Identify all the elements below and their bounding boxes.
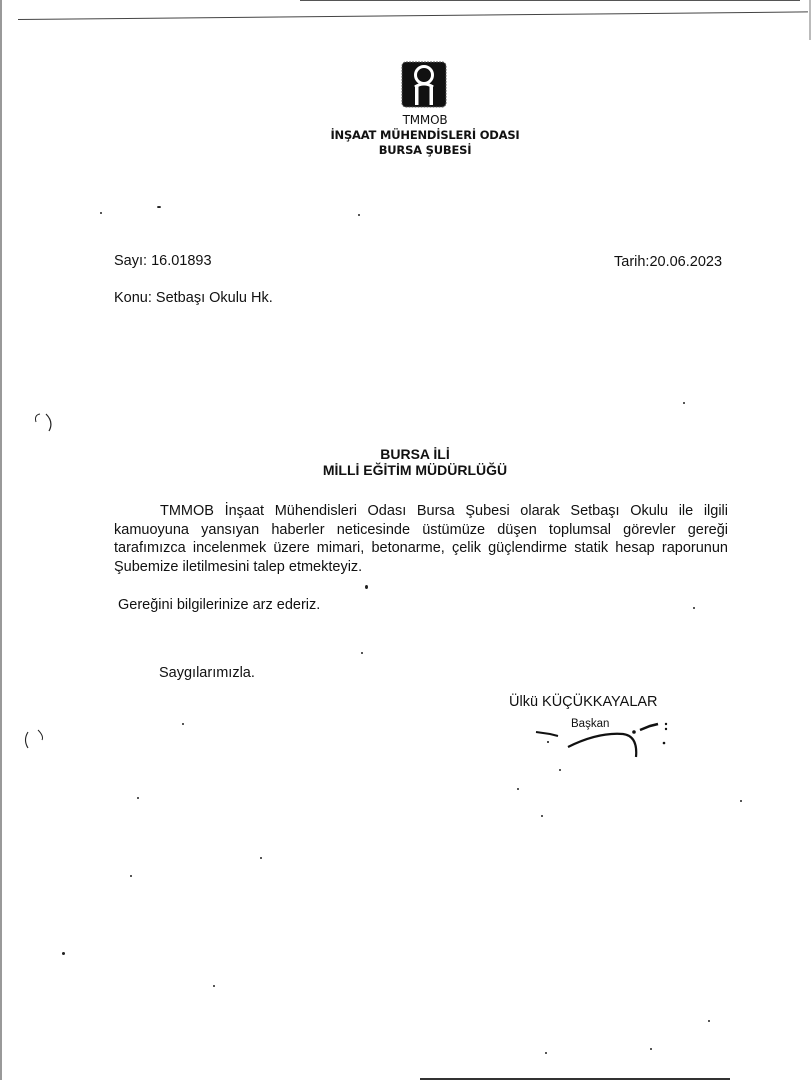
scan-speck [365,585,368,589]
letter-page: TMMOB İNŞAAT MÜHENDİSLERİ ODASI BURSA ŞU… [0,0,811,1080]
scan-border-line [18,11,808,20]
punch-hole-mark [30,412,54,434]
reference-number: Sayı: 16.01893 [114,253,212,269]
scan-speck [130,875,132,877]
scan-speck [683,402,685,404]
scan-speck [650,1048,652,1050]
letter-subject: Konu: Setbaşı Okulu Hk. [114,290,273,306]
scan-speck [541,815,543,817]
recipient-line-1: BURSA İLİ [250,446,580,462]
signer-name: Ülkü KÜÇÜKKAYALAR [509,694,658,710]
scan-speck [693,607,695,609]
regards: Saygılarımızla. [159,665,255,681]
scan-speck [708,1020,710,1022]
scan-speck [517,788,519,790]
scan-speck [157,206,161,208]
scan-speck [740,800,742,802]
body-paragraph: TMMOB İnşaat Mühendisleri Odası Bursa Şu… [114,502,728,577]
scan-speck [545,1052,547,1054]
org-name-chamber: İNŞAAT MÜHENDİSLERİ ODASI [300,128,550,143]
closing-sentence: Gereğini bilgilerinize arz ederiz. [118,597,320,613]
scan-speck [137,797,139,799]
scan-speck [361,652,363,654]
scan-border-line [300,0,800,1]
org-name-branch: BURSA ŞUBESİ [300,143,550,158]
punch-hole-mark [22,728,46,750]
recipient-line-2: MİLLİ EĞİTİM MÜDÜRLÜĞÜ [250,462,580,478]
scan-speck [559,769,561,771]
scan-speck [358,214,360,216]
scan-speck [260,857,262,859]
scan-speck [182,723,184,725]
scan-speck [213,985,215,987]
scan-edge [0,0,2,1080]
handwritten-signature-icon [528,712,678,764]
org-name-tmmob: TMMOB [300,113,550,128]
scan-speck [62,952,65,955]
scan-speck [100,212,102,214]
letter-date: Tarih:20.06.2023 [614,254,722,270]
imo-logo-icon [401,61,447,108]
